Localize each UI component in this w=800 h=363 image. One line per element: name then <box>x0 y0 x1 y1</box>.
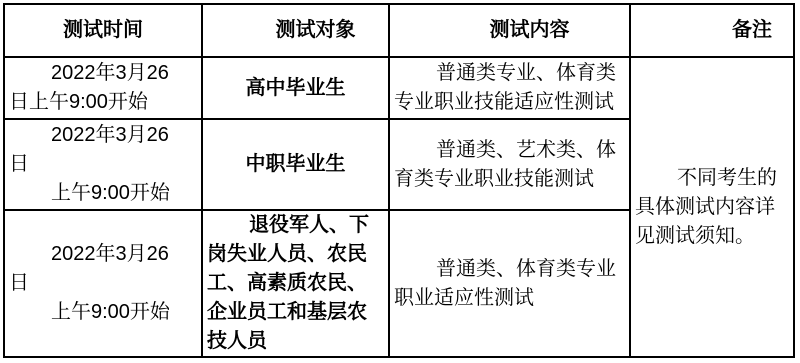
test-schedule-table: 测试时间 测试对象 测试内容 备注 2022年3月26 日上午9:00开始 高中… <box>3 3 795 358</box>
text-line: 企业员工和基层农 <box>207 298 384 327</box>
header-row: 测试时间 测试对象 测试内容 备注 <box>4 4 794 57</box>
text-line: 普通类专业、体育类 <box>394 59 625 88</box>
text-line: 职业适应性测试 <box>394 284 625 313</box>
header-label: 备注 <box>635 16 789 45</box>
column-header-test-object: 测试对象 <box>202 4 389 57</box>
cell-object-row3: 退役军人、下 岗失业人员、农民 工、高素质农民、 企业员工和基层农 技人员 <box>202 210 389 357</box>
column-header-test-content: 测试内容 <box>389 4 630 57</box>
text-line: 高中毕业生 <box>207 74 384 103</box>
text-line: 中职毕业生 <box>207 150 384 179</box>
cell-content-row2: 普通类、艺术类、体 育类专业职业技能测试 <box>389 119 630 210</box>
text-line: 上午9:00开始 <box>9 179 197 208</box>
cell-time-row2: 2022年3月26 日 上午9:00开始 <box>4 119 202 210</box>
text-line: 日 <box>9 150 197 179</box>
column-header-test-time: 测试时间 <box>4 4 202 57</box>
text-line: 不同考生的 <box>635 164 789 193</box>
text-line: 日 <box>9 269 197 298</box>
cell-remarks: 不同考生的 具体测试内容详 见测试须知。 <box>630 57 794 357</box>
text-line: 2022年3月26 <box>9 121 197 150</box>
cell-time-row1: 2022年3月26 日上午9:00开始 <box>4 57 202 119</box>
text-line: 普通类、体育类专业 <box>394 255 625 284</box>
cell-object-row1: 高中毕业生 <box>202 57 389 119</box>
table-row: 2022年3月26 日上午9:00开始 高中毕业生 普通类专业、体育类 专业职业… <box>4 57 794 119</box>
text-line: 2022年3月26 <box>9 240 197 269</box>
cell-time-row3: 2022年3月26 日 上午9:00开始 <box>4 210 202 357</box>
cell-object-row2: 中职毕业生 <box>202 119 389 210</box>
text-line: 见测试须知。 <box>635 222 789 251</box>
text-line: 育类专业职业技能测试 <box>394 165 625 194</box>
cell-content-row1: 普通类专业、体育类 专业职业技能适应性测试 <box>389 57 630 119</box>
text-line: 专业职业技能适应性测试 <box>394 88 625 117</box>
text-line: 岗失业人员、农民 <box>207 240 384 269</box>
text-line: 退役军人、下 <box>207 211 384 240</box>
header-label: 测试对象 <box>207 16 384 45</box>
text-line: 普通类、艺术类、体 <box>394 136 625 165</box>
text-line: 日上午9:00开始 <box>9 88 197 117</box>
cell-content-row3: 普通类、体育类专业 职业适应性测试 <box>389 210 630 357</box>
header-label: 测试内容 <box>394 16 625 45</box>
text-line: 具体测试内容详 <box>635 193 789 222</box>
text-line: 技人员 <box>207 327 384 356</box>
text-line: 2022年3月26 <box>9 59 197 88</box>
column-header-remarks: 备注 <box>630 4 794 57</box>
header-label: 测试时间 <box>9 16 197 45</box>
text-line: 工、高素质农民、 <box>207 269 384 298</box>
text-line: 上午9:00开始 <box>9 298 197 327</box>
